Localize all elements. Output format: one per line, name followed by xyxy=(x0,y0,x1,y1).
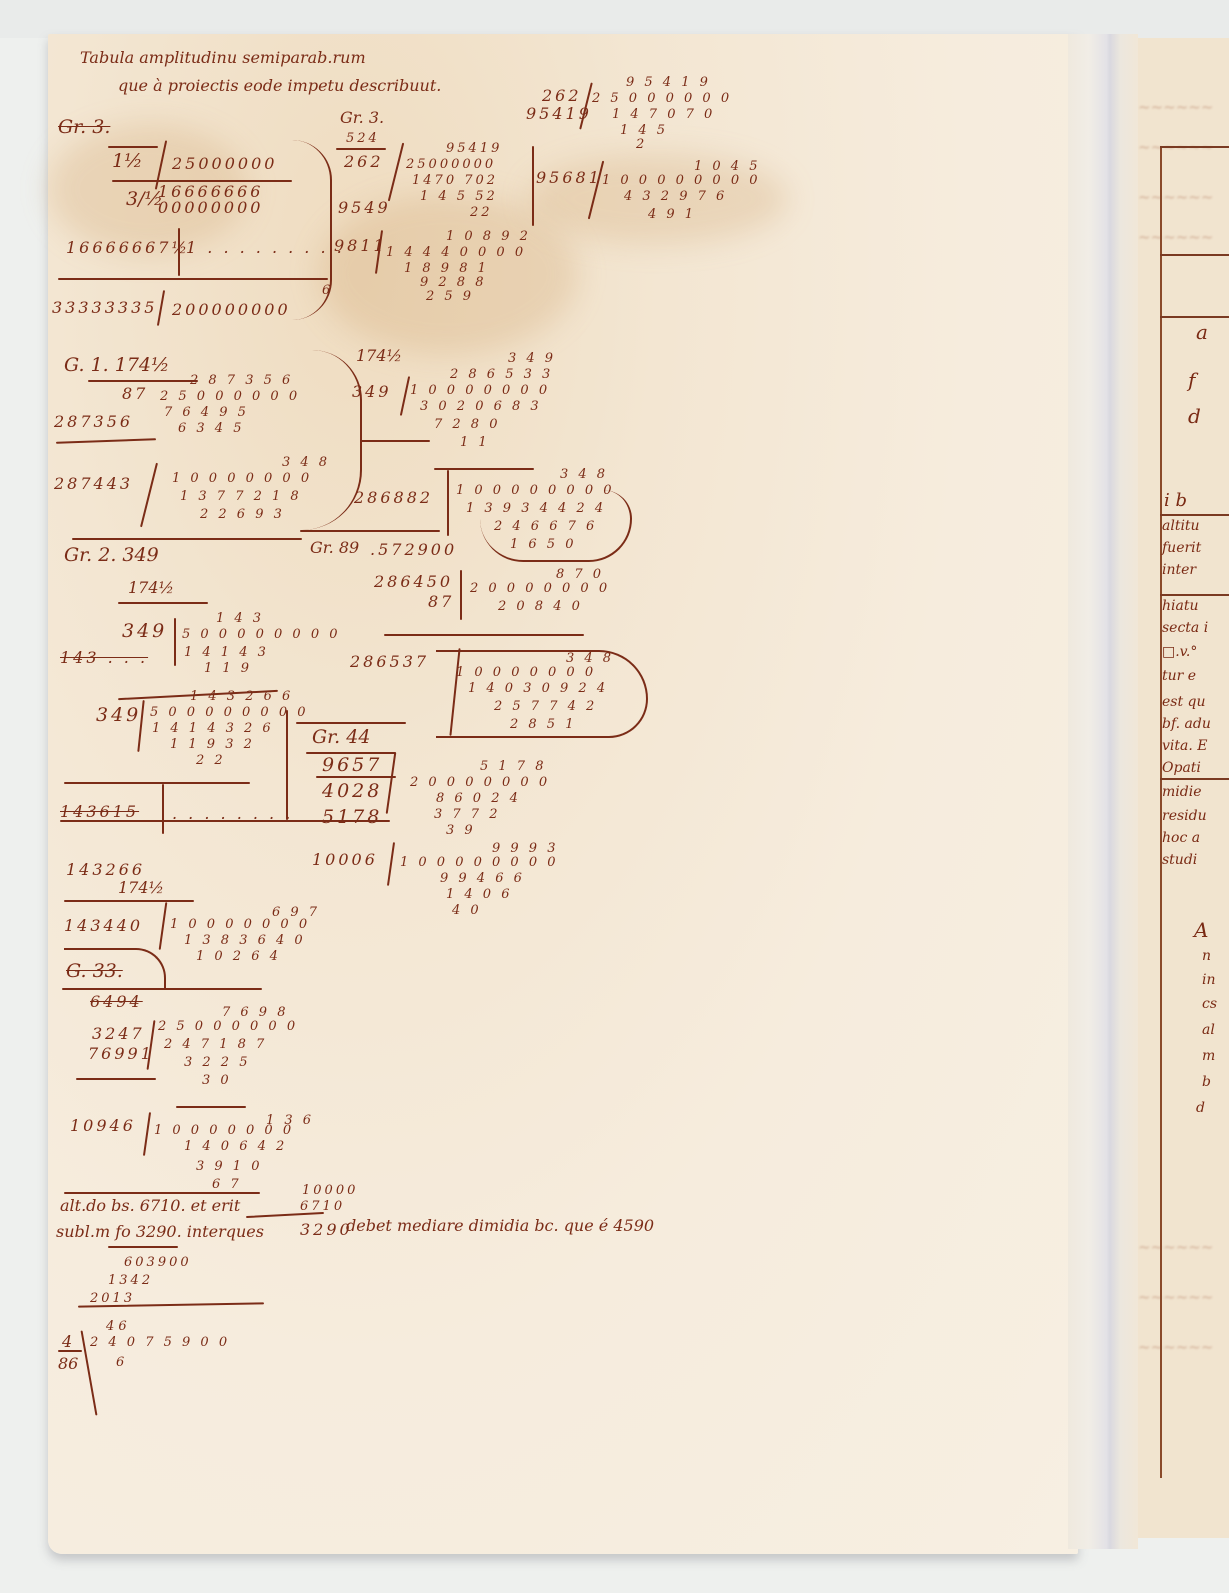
work: 2 5 9 xyxy=(426,290,474,303)
work: 2 0 0 0 0 0 0 0 xyxy=(410,776,550,789)
heading-gr44: Gr. 44 xyxy=(312,728,370,747)
rule xyxy=(76,1078,156,1080)
work: 2 xyxy=(636,138,647,151)
work: 1 0 2 6 4 xyxy=(196,950,281,963)
work: 1 3 8 3 6 4 0 xyxy=(184,934,306,947)
division-bar xyxy=(162,784,164,834)
facing-text: vita. E xyxy=(1162,738,1207,754)
work: 1 0 8 9 2 xyxy=(446,230,531,243)
work: 3 0 2 0 6 8 3 xyxy=(420,400,542,413)
divisor: 1½ xyxy=(112,152,143,171)
bleed-through-text: ~~~~~~ xyxy=(1138,1338,1213,1356)
bleed-through-text: ~~~~~~ xyxy=(1138,188,1213,206)
work: 3 2 2 5 xyxy=(184,1056,250,1069)
facing-text: Opati xyxy=(1162,760,1201,776)
dividend: 25000000 xyxy=(172,156,277,172)
work: 1 0 0 0 0 0 0 0 xyxy=(410,384,550,397)
divisor: 87 xyxy=(428,594,454,610)
heading-gr3: Gr. 3. xyxy=(340,110,384,126)
table-value: 9657 xyxy=(322,756,382,775)
divisor: 286882 xyxy=(354,490,433,506)
value: .572900 xyxy=(370,542,457,558)
work: 2 2 6 9 3 xyxy=(200,508,285,521)
value: 200000000 xyxy=(172,302,291,318)
value: 1342 xyxy=(108,1274,153,1287)
facing-text: bf. adu xyxy=(1162,716,1211,732)
work: 9 9 9 3 xyxy=(492,842,558,855)
facing-text: a xyxy=(1196,320,1208,344)
work: 5 1 7 8 xyxy=(480,760,546,773)
divisor: 287443 xyxy=(54,476,133,492)
facing-text: altitu xyxy=(1162,518,1200,534)
facing-text: m xyxy=(1202,1048,1215,1064)
value: 4 6 xyxy=(106,1320,127,1333)
title-line-1: Tabula amplitudinu semiparab.rum xyxy=(80,50,366,66)
value: 262 xyxy=(542,88,582,104)
ruled-line xyxy=(1160,514,1229,516)
ruled-line xyxy=(1160,594,1229,596)
facing-text: in xyxy=(1202,972,1216,988)
work: 2 0 0 0 0 0 0 0 xyxy=(470,582,610,595)
work: 1 3 7 7 2 1 8 xyxy=(180,490,302,503)
rule xyxy=(58,1350,82,1352)
binding-fold xyxy=(1068,34,1138,1549)
work: 3 9 1 0 xyxy=(196,1160,262,1173)
work: 8 7 0 xyxy=(556,568,604,581)
division-bar xyxy=(447,470,449,536)
rule xyxy=(434,468,534,470)
ruled-line xyxy=(1160,146,1229,148)
facing-text: hiatu xyxy=(1162,598,1198,614)
work: 1 0 0 0 0 0 0 0 0 xyxy=(400,856,559,869)
division-bar xyxy=(178,228,180,276)
work: 2 8 7 3 5 6 xyxy=(190,374,293,387)
value: 6 xyxy=(116,1356,124,1369)
rule xyxy=(88,380,198,382)
facing-text: hoc a xyxy=(1162,830,1200,846)
rule xyxy=(58,278,328,280)
work: 2 0 8 4 0 xyxy=(498,600,583,613)
heading-gr2: Gr. 2. 349 xyxy=(64,546,159,565)
work: 8 6 0 2 4 xyxy=(436,792,521,805)
rule xyxy=(64,900,194,902)
work: 1 0 0 0 0 0 0 0 xyxy=(170,918,310,931)
rule xyxy=(64,782,250,784)
facing-text: □.v.° xyxy=(1162,644,1197,660)
work: 4 0 xyxy=(452,904,482,917)
work: 9 2 8 8 xyxy=(420,276,486,289)
value: 287356 xyxy=(54,414,133,430)
bleed-through-text: ~~~~~~ xyxy=(1138,1288,1213,1306)
facing-text: studi xyxy=(1162,852,1197,868)
value: 174½ xyxy=(356,348,402,364)
work: 3 7 7 2 xyxy=(434,808,500,821)
work: 1 4 0 6 4 2 xyxy=(184,1140,287,1153)
work: 3 4 9 xyxy=(508,352,556,365)
division-bar xyxy=(532,146,534,226)
work: 22 xyxy=(470,206,493,219)
value: 3290 xyxy=(300,1222,353,1238)
rule xyxy=(108,1246,178,1248)
divisor: 95681 xyxy=(536,170,602,186)
facing-text: secta i xyxy=(1162,620,1208,636)
work: 2 2 xyxy=(196,754,226,767)
rule xyxy=(118,602,208,604)
value: 2013 xyxy=(90,1292,135,1305)
heading-gr3-struck: Gr. 3. xyxy=(58,118,110,137)
facing-text: midie xyxy=(1162,784,1201,800)
facing-text: n xyxy=(1202,948,1211,964)
value: 143266 xyxy=(66,862,145,878)
table-value: 5178 xyxy=(322,808,382,827)
work: 7 2 8 0 xyxy=(434,418,500,431)
facing-text: fuerit xyxy=(1162,540,1201,556)
divisor: 349 xyxy=(352,384,392,400)
rule xyxy=(64,1192,260,1194)
divisor: 349 xyxy=(122,622,167,641)
fraction-numerator: 4 xyxy=(62,1334,72,1350)
work: 95419 xyxy=(446,142,502,155)
divisor: 3247 xyxy=(92,1026,145,1042)
quotient-zeros: 00000000 xyxy=(158,200,263,216)
facing-text: est qu xyxy=(1162,694,1206,710)
table-value: 4028 xyxy=(322,782,382,801)
facing-text: al xyxy=(1202,1022,1215,1038)
bleed-through-text: ~~~~~~ xyxy=(1138,98,1213,116)
divisor: 10946 xyxy=(70,1118,136,1134)
work: 2 5 0 0 0 0 0 0 xyxy=(158,1020,298,1033)
note-line-2: subl.m fo 3290. interques xyxy=(56,1224,264,1240)
struck-value: 143615 xyxy=(60,804,139,820)
work: 5 0 0 0 0 0 0 0 0 xyxy=(182,628,341,641)
division-bar xyxy=(460,570,462,620)
facing-text: A xyxy=(1194,918,1208,942)
work: 1 4 4 4 0 0 0 0 xyxy=(386,246,526,259)
work: 4 3 2 9 7 6 xyxy=(624,190,727,203)
work: 7 6 9 8 xyxy=(222,1006,288,1019)
work: 1 4 3 2 6 6 xyxy=(190,690,293,703)
note-line-1: alt.do bs. 6710. et erit xyxy=(60,1198,240,1214)
work: 1 1 xyxy=(460,436,490,449)
divisor: 143440 xyxy=(64,918,143,934)
ruled-line xyxy=(1160,254,1229,256)
facing-text: f xyxy=(1188,368,1195,392)
facing-page: ~~~~~~ ~~~~~~ ~~~~~~ ~~~~~~ ~~~~~~ ~~~~~… xyxy=(1138,38,1229,1538)
division-bar xyxy=(174,618,176,666)
value: 524 xyxy=(346,132,380,145)
value: 603900 xyxy=(124,1256,192,1269)
work: 1 4 1 4 3 2 6 xyxy=(152,722,274,735)
facing-text: i b xyxy=(1164,490,1187,511)
fraction-denominator: 86 xyxy=(58,1356,78,1372)
divisor: 349 xyxy=(96,706,141,725)
bleed-through-text: ~~~~~~ xyxy=(1138,228,1213,246)
heading-gr89: Gr. 89 xyxy=(310,540,359,556)
work: 1 8 9 8 1 xyxy=(404,262,489,275)
heading-g1: G. 1. 174½ xyxy=(64,356,169,375)
work: 1 4 5 xyxy=(620,124,668,137)
facing-text: tur e xyxy=(1162,668,1196,684)
work: 25000000 xyxy=(406,158,496,171)
note-line-3: debet mediare dimidia bc. que é 4590 xyxy=(346,1218,654,1234)
work: 1 4 7 0 7 0 xyxy=(612,108,715,121)
bracket xyxy=(64,948,166,990)
facing-text: residu xyxy=(1162,808,1207,824)
rule xyxy=(108,146,158,148)
ruled-line xyxy=(1160,778,1229,780)
work: 1 0 0 0 0 0 0 0 0 xyxy=(602,174,761,187)
work: 4 9 1 xyxy=(648,208,696,221)
value: 16666667½ xyxy=(66,240,190,256)
facing-text: b xyxy=(1202,1074,1211,1090)
bleed-through-text: ~~~~~~ xyxy=(1138,1238,1213,1256)
work: 2 5 0 0 0 0 0 0 xyxy=(592,92,732,105)
rule xyxy=(72,538,302,540)
divisor: 286537 xyxy=(350,654,429,670)
work: 1 1 9 3 2 xyxy=(170,738,255,751)
work: 9 9 4 6 6 xyxy=(440,872,525,885)
value: 10000 xyxy=(302,1184,358,1197)
division-bar xyxy=(286,710,288,820)
facing-text: d xyxy=(1196,1100,1205,1116)
work: 3 4 8 xyxy=(560,468,608,481)
work: 1 4 1 4 3 xyxy=(184,646,269,659)
divisor: 10006 xyxy=(312,852,378,868)
work: 1 1 9 xyxy=(204,662,252,675)
work: 1 4 3 xyxy=(216,612,264,625)
work: 1 0 0 0 0 0 0 0 xyxy=(172,472,312,485)
rule xyxy=(176,1106,246,1108)
work: 1 0 4 5 xyxy=(694,160,760,173)
bracket xyxy=(436,650,648,738)
facing-text: cs xyxy=(1202,996,1217,1012)
value: 9549 xyxy=(338,200,391,216)
rule xyxy=(360,440,430,442)
value: 174½ xyxy=(118,880,164,896)
work: 6 7 xyxy=(212,1178,242,1191)
work: 6 3 4 5 xyxy=(178,422,244,435)
work: 1470 702 xyxy=(412,174,498,187)
value: 33333335 xyxy=(52,300,157,316)
value: 76991 xyxy=(88,1046,154,1062)
rule xyxy=(336,148,386,150)
value: 262 xyxy=(344,154,384,170)
struck-value: 143 . . . xyxy=(60,650,148,666)
facing-text: d xyxy=(1188,404,1201,428)
rule xyxy=(384,634,584,636)
work: 1 4 5 52 xyxy=(420,190,498,203)
struck-value: 6494 xyxy=(90,994,143,1010)
work: 1 0 0 0 0 0 0 0 xyxy=(154,1124,294,1137)
manuscript-page xyxy=(48,34,1078,1554)
rule xyxy=(300,530,440,532)
value: 286450 xyxy=(374,574,453,590)
work: 2 4 0 7 5 9 0 0 xyxy=(90,1336,230,1349)
rule xyxy=(316,776,396,778)
work: 3 0 xyxy=(202,1074,232,1087)
title-line-2: que à proiectis eode impetu describuut. xyxy=(118,78,441,94)
work: 2 4 7 1 8 7 xyxy=(164,1038,267,1051)
work: 7 6 4 9 5 xyxy=(164,406,249,419)
ruled-line xyxy=(1160,316,1229,318)
work: 2 5 0 0 0 0 0 0 xyxy=(160,390,300,403)
divisor: 87 xyxy=(122,386,148,402)
facing-text: inter xyxy=(1162,562,1196,578)
bracket xyxy=(480,490,632,562)
rule xyxy=(296,722,406,724)
work: 9 5 4 1 9 xyxy=(626,76,711,89)
work: 5 0 0 0 0 0 0 0 0 xyxy=(150,706,309,719)
work: 3 9 xyxy=(446,824,476,837)
bracket xyxy=(290,140,332,320)
work: 2 8 6 5 3 3 xyxy=(450,368,553,381)
work: 1 4 0 6 xyxy=(446,888,512,901)
value: 174½ xyxy=(128,580,174,596)
background xyxy=(0,0,1229,38)
